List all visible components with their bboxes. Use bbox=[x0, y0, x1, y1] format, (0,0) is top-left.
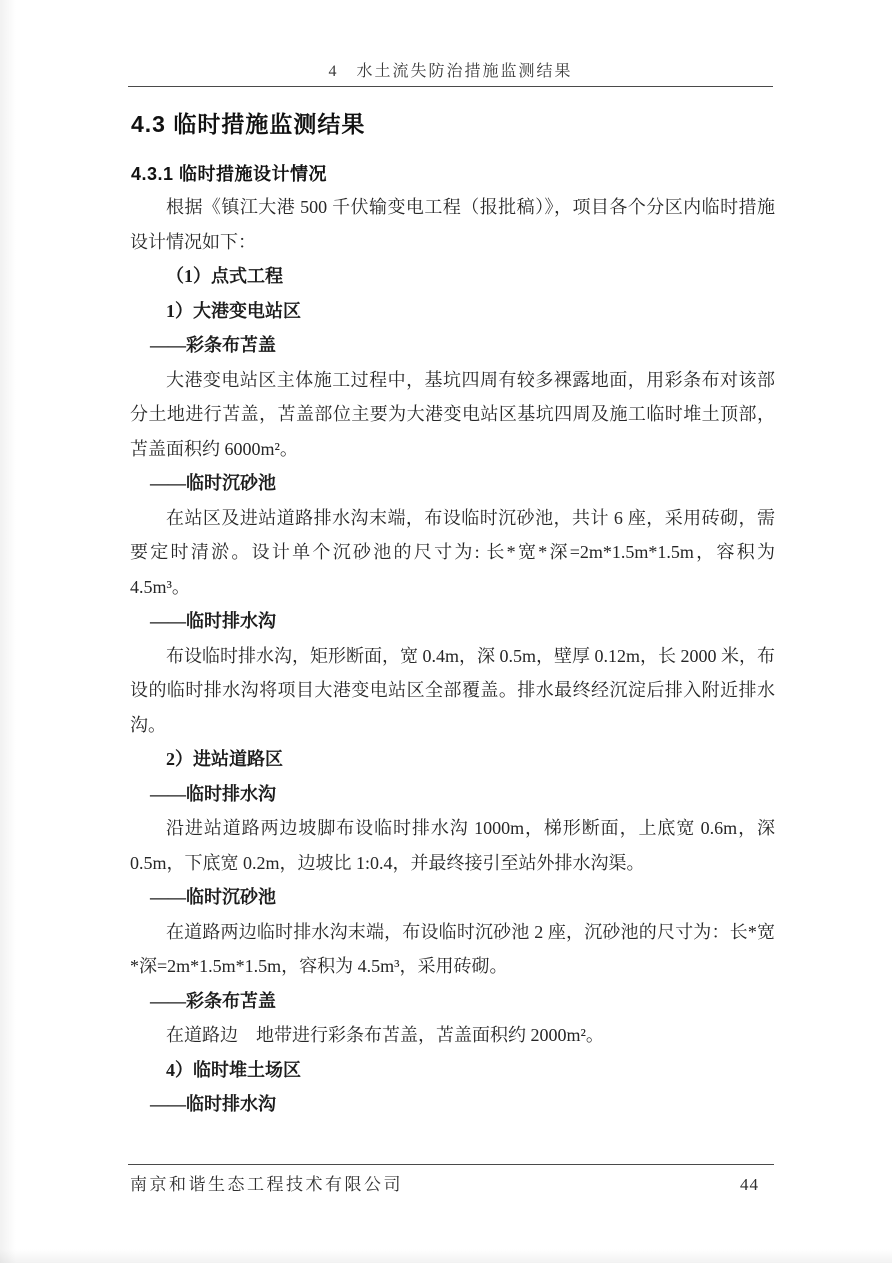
running-header: 4 水土流失防治措施监测结果 bbox=[128, 58, 773, 81]
list-heading-dagang-substation: 1）大港变电站区 bbox=[130, 294, 775, 329]
list-heading-point-works: （1）点式工程 bbox=[130, 259, 775, 294]
footer-company-name: 南京和谐生态工程技术有限公司 bbox=[130, 1170, 403, 1195]
footer-rule bbox=[128, 1164, 774, 1165]
paragraph-intro: 根据《镇江大港 500 千伏输变电工程（报批稿）》，项目各个分区内临时措施设计情… bbox=[130, 190, 775, 259]
paragraph-sand-basin-2: 在道路两边临时排水沟末端，布设临时沉砂池 2 座，沉砂池的尺寸为：长*宽*深=2… bbox=[130, 915, 775, 984]
dash-heading-drain-ditch-3: ——临时排水沟 bbox=[130, 1087, 775, 1122]
paragraph-tarp-cover-1: 大港变电站区主体施工过程中，基坑四周有较多裸露地面，用彩条布对该部分土地进行苫盖… bbox=[130, 363, 775, 467]
paragraph-tarp-cover-2: 在道路边 地带进行彩条布苫盖，苫盖面积约 2000m²。 bbox=[130, 1018, 775, 1053]
document-body: 根据《镇江大港 500 千伏输变电工程（报批稿）》，项目各个分区内临时措施设计情… bbox=[130, 190, 775, 1122]
dash-heading-drain-ditch-1: ——临时排水沟 bbox=[130, 604, 775, 639]
list-heading-temp-spoil-area: 4）临时堆土场区 bbox=[130, 1053, 775, 1088]
subsection-heading-4-3-1: 4.3.1 临时措施设计情况 bbox=[131, 160, 327, 186]
paragraph-sand-basin-1: 在站区及进站道路排水沟末端，布设临时沉砂池，共计 6 座，采用砖砌，需要定时清淤… bbox=[130, 501, 775, 605]
dash-heading-sand-basin-1: ——临时沉砂池 bbox=[130, 466, 775, 501]
dash-heading-sand-basin-2: ——临时沉砂池 bbox=[130, 880, 775, 915]
dash-heading-tarp-cover-1: ——彩条布苫盖 bbox=[130, 328, 775, 363]
page-footer: 南京和谐生态工程技术有限公司 44 bbox=[130, 1170, 775, 1195]
paragraph-drain-ditch-1: 布设临时排水沟，矩形断面，宽 0.4m，深 0.5m，壁厚 0.12m，长 20… bbox=[130, 639, 775, 743]
footer-page-number: 44 bbox=[740, 1175, 775, 1195]
list-heading-access-road: 2）进站道路区 bbox=[130, 742, 775, 777]
header-rule bbox=[128, 86, 773, 87]
paragraph-drain-ditch-2: 沿进站道路两边坡脚布设临时排水沟 1000m，梯形断面，上底宽 0.6m，深 0… bbox=[130, 811, 775, 880]
section-heading-4-3: 4.3 临时措施监测结果 bbox=[131, 106, 365, 139]
document-page: { "page": { "header": { "text": "4 水土流失防… bbox=[0, 0, 892, 1263]
dash-heading-tarp-cover-2: ——彩条布苫盖 bbox=[130, 984, 775, 1019]
dash-heading-drain-ditch-2: ——临时排水沟 bbox=[130, 777, 775, 812]
